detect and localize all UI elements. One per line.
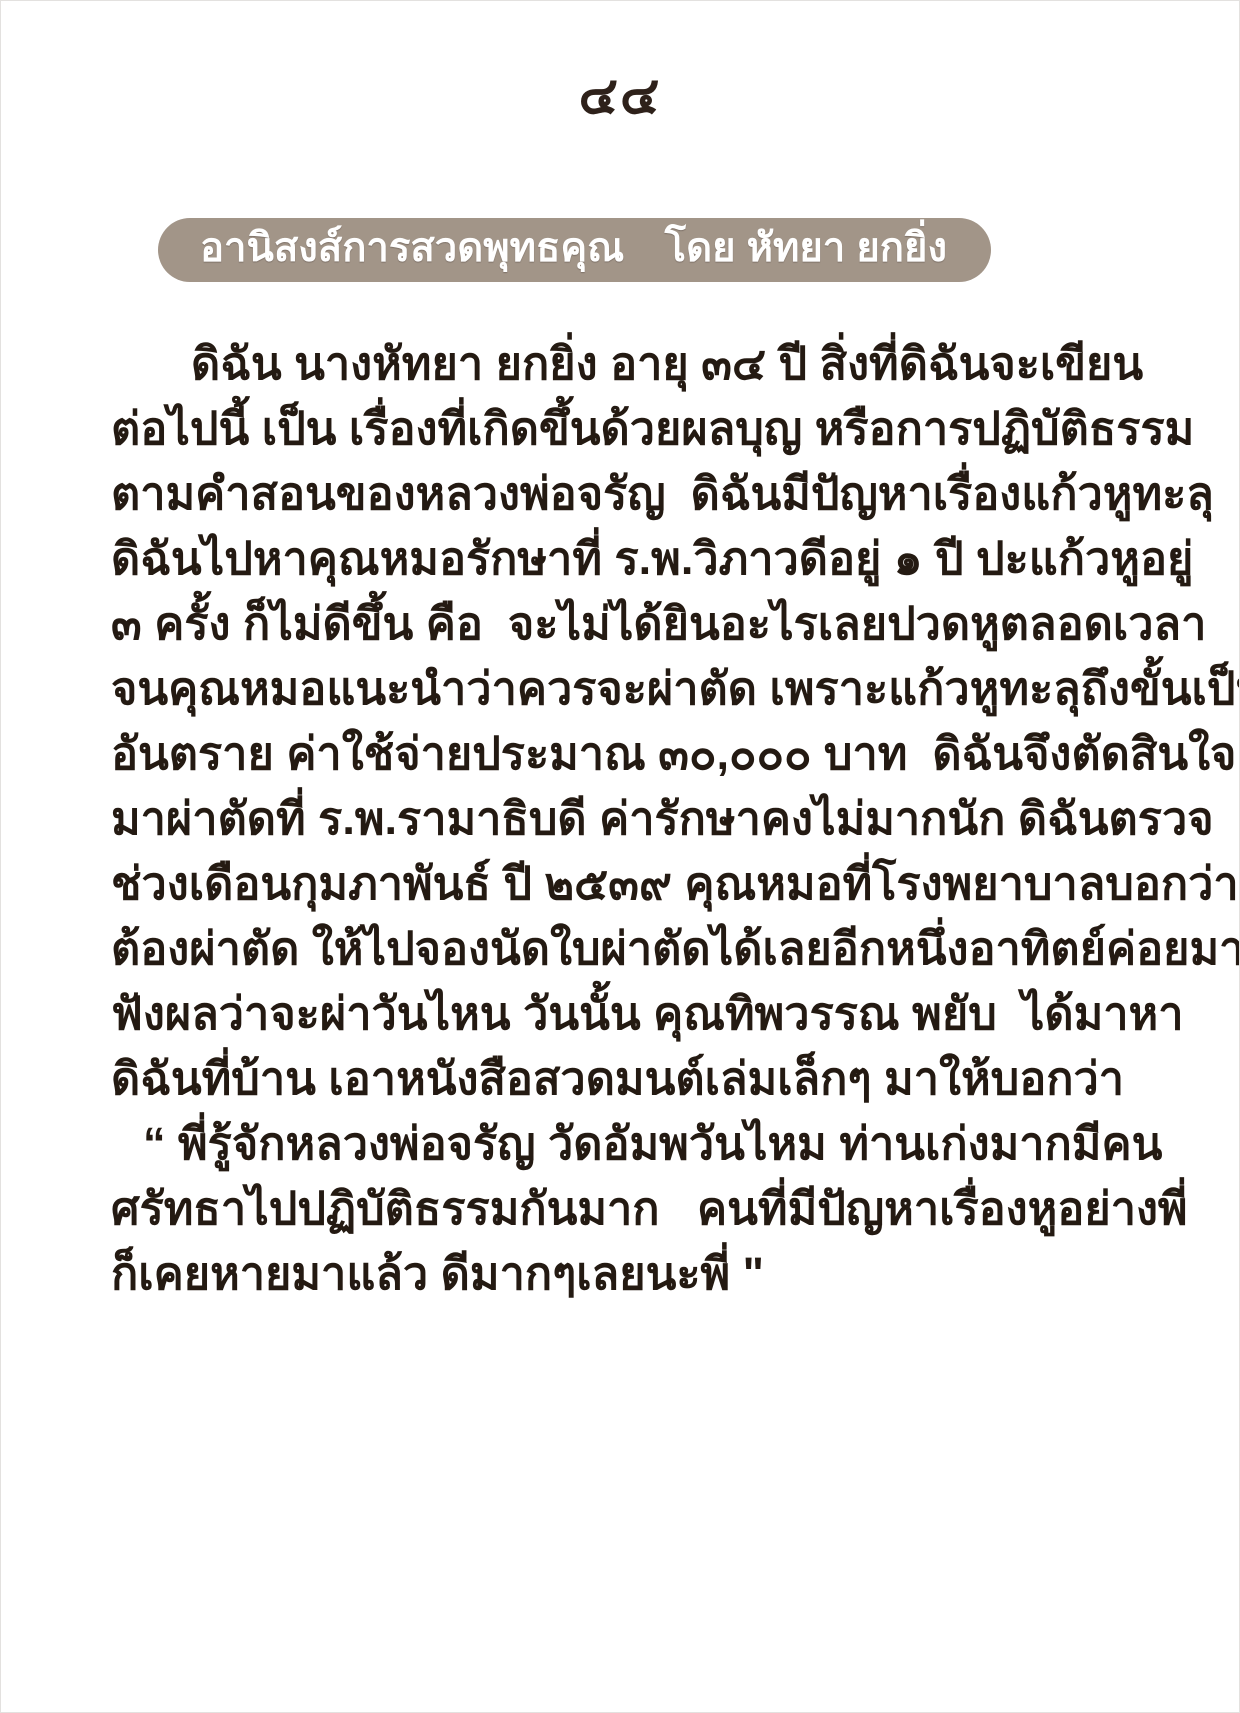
text-line: ก็เคยหายมาแล้ว ดีมากๆเลยนะพี่ "	[111, 1241, 1061, 1306]
book-page: ๔๔ อานิสงส์การสวดพุทธคุณ โดย หัทยา ยกยิ่…	[0, 0, 1240, 1713]
chapter-header-bar: อานิสงส์การสวดพุทธคุณ โดย หัทยา ยกยิ่ง	[158, 218, 991, 282]
story-text: ดิฉัน นางหัทยา ยกยิ่ง อายุ ๓๔ ปี สิ่งที่…	[111, 331, 1061, 1306]
text-line: มาผ่าตัดที่ ร.พ.รามาธิบดี ค่ารักษาคงไม่ม…	[111, 786, 1061, 851]
text-line: ดิฉัน นางหัทยา ยกยิ่ง อายุ ๓๔ ปี สิ่งที่…	[111, 331, 1061, 396]
text-line: ต่อไปนี้ เป็น เรื่องที่เกิดขึ้นด้วยผลบุญ…	[111, 396, 1061, 461]
text-line: ๓ ครั้ง ก็ไม่ดีขึ้น คือ จะไม่ได้ยินอะไรเ…	[111, 591, 1061, 656]
chapter-byline: โดย หัทยา ยกยิ่ง	[665, 215, 947, 279]
page-number: ๔๔	[1, 53, 1239, 136]
text-line: “ พี่รู้จักหลวงพ่อจรัญ วัดอัมพวันไหม ท่า…	[111, 1111, 1061, 1176]
text-line: ดิฉันที่บ้าน เอาหนังสือสวดมนต์เล่มเล็กๆ …	[111, 1046, 1061, 1111]
text-line: ศรัทธาไปปฏิบัติธรรมกันมาก คนที่มีปัญหาเร…	[111, 1176, 1061, 1241]
text-line: ดิฉันไปหาคุณหมอรักษาที่ ร.พ.วิภาวดีอยู่ …	[111, 526, 1061, 591]
text-line: จนคุณหมอแนะนำว่าควรจะผ่าตัด เพราะแก้วหูท…	[111, 656, 1061, 721]
text-line: ต้องผ่าตัด ให้ไปจองนัดใบผ่าตัดได้เลยอีกห…	[111, 916, 1061, 981]
text-line: อันตราย ค่าใช้จ่ายประมาณ ๓๐,๐๐๐ บาท ดิฉั…	[111, 721, 1061, 786]
chapter-title: อานิสงส์การสวดพุทธคุณ	[200, 215, 624, 279]
text-line: ตามคำสอนของหลวงพ่อจรัญ ดิฉันมีปัญหาเรื่อ…	[111, 461, 1061, 526]
text-line: ช่วงเดือนกุมภาพันธ์ ปี ๒๕๓๙ คุณหมอที่โรง…	[111, 851, 1061, 916]
text-line: ฟังผลว่าจะผ่าวันไหน วันนั้น คุณทิพวรรณ พ…	[111, 981, 1061, 1046]
